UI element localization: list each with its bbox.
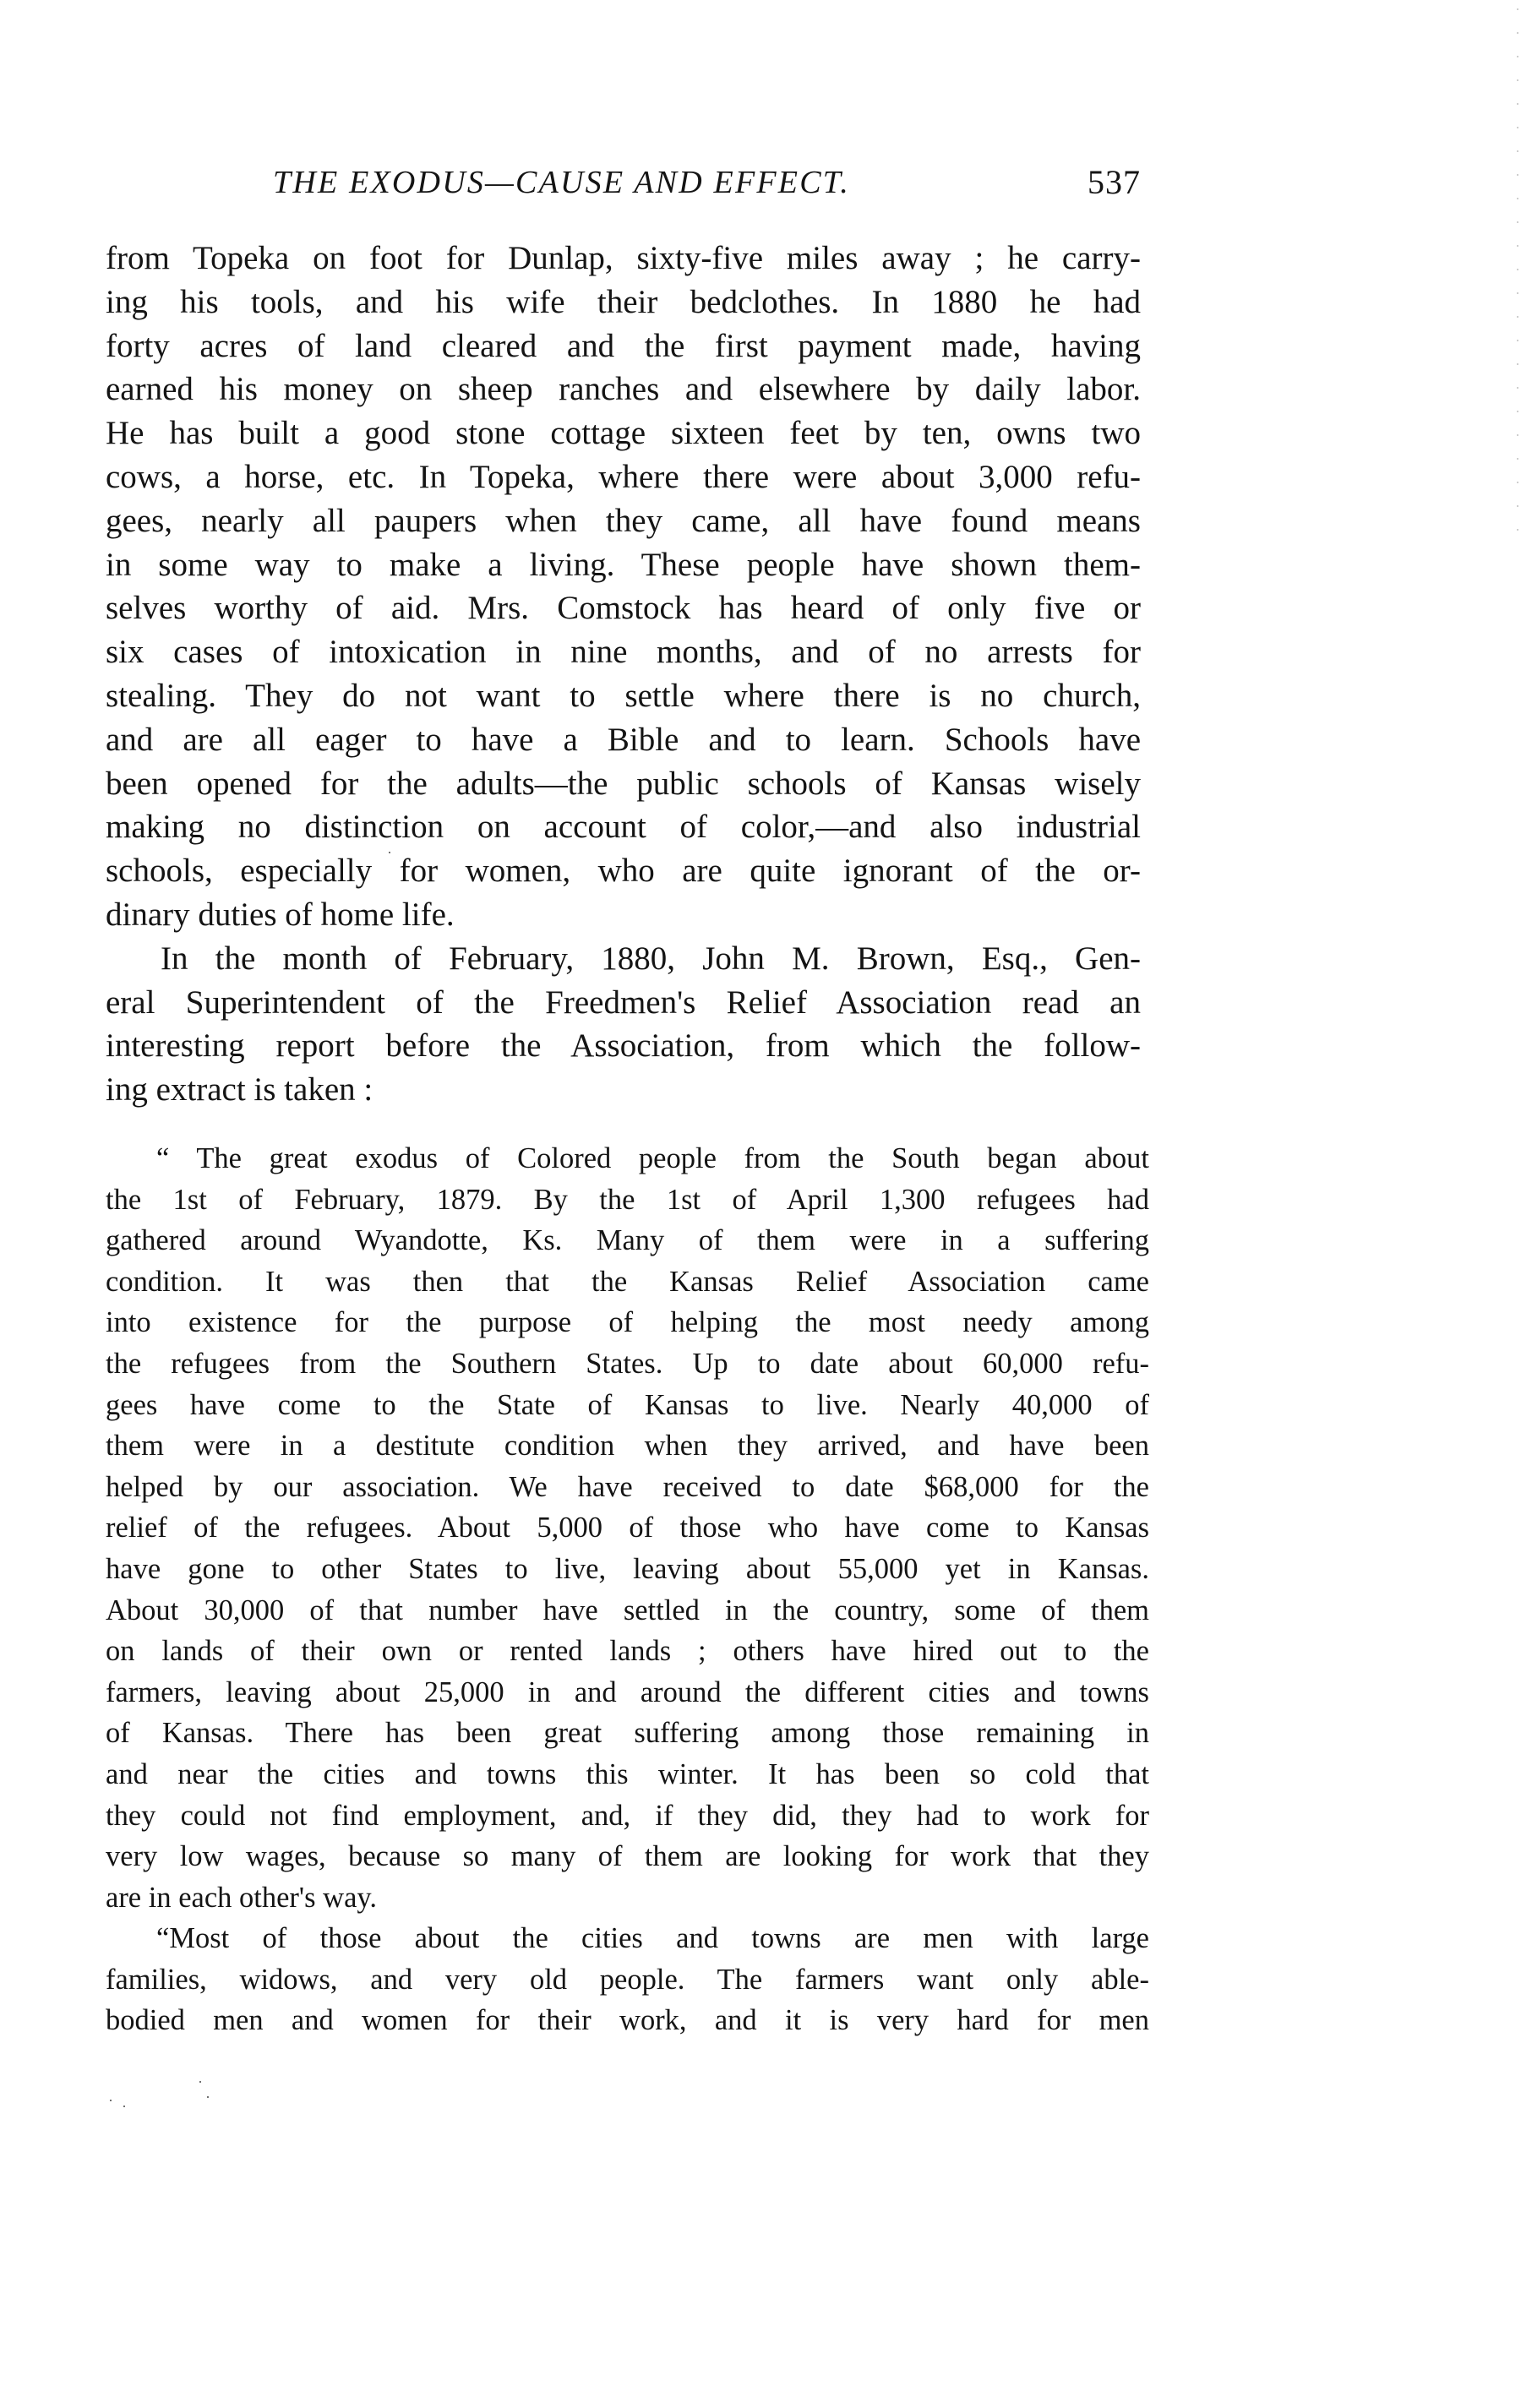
- block-quote: “ The great exodus of Colored people fro…: [106, 1138, 1149, 2041]
- text-line: In the month of February, 1880, John M. …: [106, 937, 1141, 981]
- paragraph-2: In the month of February, 1880, John M. …: [106, 937, 1141, 1112]
- body-text: from Topeka on foot for Dunlap, sixty-fi…: [106, 237, 1141, 1112]
- text-line: eral Superintendent of the Freedmen's Re…: [106, 981, 1141, 1025]
- scan-edge-noise: [1517, 8, 1518, 549]
- scan-speck: [199, 2081, 201, 2083]
- running-head: THE EXODUS—CAUSE AND EFFECT. 537: [106, 162, 1141, 203]
- text-line: cows, a horse, etc. In Topeka, where the…: [106, 455, 1141, 499]
- text-line: schools, especially for women, who are q…: [106, 849, 1141, 893]
- text-line: dinary duties of home life.: [106, 893, 1141, 937]
- text-line: interesting report before the Associatio…: [106, 1024, 1141, 1068]
- scan-speck: [110, 2100, 112, 2101]
- text-line: ing extract is taken :: [106, 1068, 1141, 1112]
- text-line: earned his money on sheep ranches and el…: [106, 368, 1141, 411]
- text-line: they could not find employment, and, if …: [106, 1795, 1149, 1837]
- quote-paragraph-1: “ The great exodus of Colored people fro…: [106, 1138, 1149, 1918]
- text-line: into existence for the purpose of helpin…: [106, 1302, 1149, 1343]
- text-line: condition. It was then that the Kansas R…: [106, 1261, 1149, 1303]
- text-line: farmers, leaving about 25,000 in and aro…: [106, 1672, 1149, 1713]
- text-line: gees, nearly all paupers when they came,…: [106, 499, 1141, 543]
- book-page: THE EXODUS—CAUSE AND EFFECT. 537 from To…: [0, 0, 1521, 2408]
- text-line: been opened for the adults—the public sc…: [106, 762, 1141, 806]
- text-line: ing his tools, and his wife their bedclo…: [106, 281, 1141, 324]
- text-line: bodied men and women for their work, and…: [106, 2000, 1149, 2041]
- text-line: and are all eager to have a Bible and to…: [106, 718, 1141, 762]
- text-line: making no distinction on account of colo…: [106, 805, 1141, 849]
- text-line: gathered around Wyandotte, Ks. Many of t…: [106, 1220, 1149, 1261]
- text-line: six cases of intoxication in nine months…: [106, 630, 1141, 674]
- text-line: selves worthy of aid. Mrs. Comstock has …: [106, 586, 1141, 630]
- running-title: THE EXODUS—CAUSE AND EFFECT.: [273, 162, 850, 203]
- text-line: are in each other's way.: [106, 1877, 1149, 1919]
- text-line: on lands of their own or rented lands ; …: [106, 1631, 1149, 1672]
- text-line: the refugees from the Southern States. U…: [106, 1343, 1149, 1385]
- scan-speck: [123, 2106, 125, 2107]
- text-line: He has built a good stone cottage sixtee…: [106, 411, 1141, 455]
- text-line: forty acres of land cleared and the firs…: [106, 324, 1141, 368]
- text-line: from Topeka on foot for Dunlap, sixty-fi…: [106, 237, 1141, 281]
- text-line: them were in a destitute condition when …: [106, 1425, 1149, 1467]
- quote-paragraph-2: “Most of those about the cities and town…: [106, 1918, 1149, 2041]
- text-line: helped by our association. We have recei…: [106, 1467, 1149, 1508]
- paragraph-1: from Topeka on foot for Dunlap, sixty-fi…: [106, 237, 1141, 937]
- text-line: very low wages, because so many of them …: [106, 1836, 1149, 1877]
- text-line: relief of the refugees. About 5,000 of t…: [106, 1507, 1149, 1549]
- text-line: of Kansas. There has been great sufferin…: [106, 1713, 1149, 1754]
- text-line: have gone to other States to live, leavi…: [106, 1549, 1149, 1590]
- text-line: families, widows, and very old people. T…: [106, 1959, 1149, 2001]
- text-line: stealing. They do not want to settle whe…: [106, 674, 1141, 718]
- text-line: “ The great exodus of Colored people fro…: [106, 1138, 1149, 1179]
- scan-speck: [389, 852, 390, 853]
- text-line: About 30,000 of that number have settled…: [106, 1590, 1149, 1632]
- text-line: in some way to make a living. These peop…: [106, 543, 1141, 587]
- text-line: “Most of those about the cities and town…: [106, 1918, 1149, 1959]
- text-line: gees have come to the State of Kansas to…: [106, 1385, 1149, 1426]
- scan-speck: [207, 2096, 209, 2098]
- page-number: 537: [1088, 162, 1141, 203]
- text-line: the 1st of February, 1879. By the 1st of…: [106, 1179, 1149, 1221]
- text-line: and near the cities and towns this winte…: [106, 1754, 1149, 1795]
